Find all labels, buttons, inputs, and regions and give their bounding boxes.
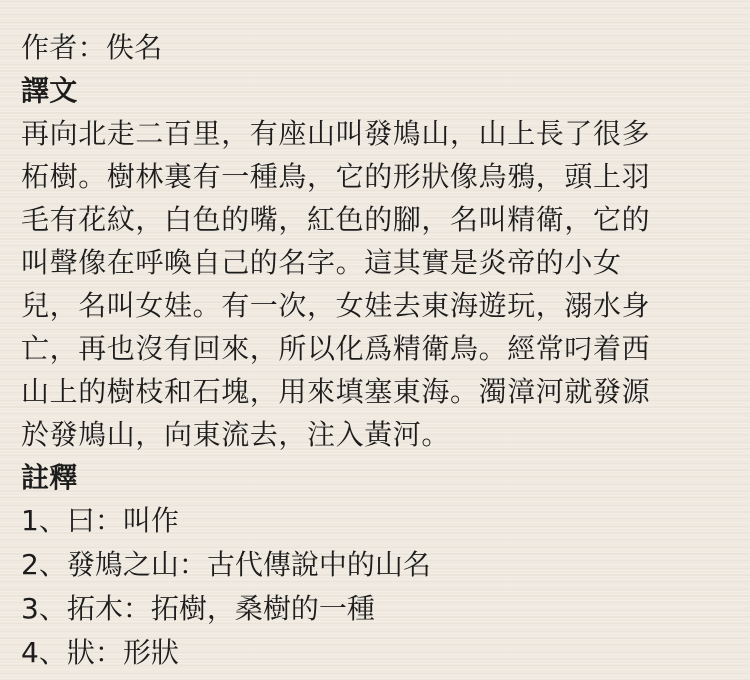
translation-line: 亡，再也沒有回來，所以化爲精衛鳥。經常叼着西: [21, 327, 733, 370]
note-item: 4、狀：形狀: [21, 631, 733, 675]
translation-line: 於發鳩山，向東流去，注入黃河。: [21, 413, 733, 456]
translation-heading: 譯文: [21, 69, 733, 112]
notes-list: 1、曰：叫作 2、發鳩之山：古代傳說中的山名 3、拓木：拓樹，桑樹的一種 4、狀…: [21, 499, 733, 675]
note-item: 2、發鳩之山：古代傳說中的山名: [21, 543, 733, 587]
translation-line: 叫聲像在呼喚自己的名字。這其實是炎帝的小女: [21, 241, 733, 284]
translation-body: 再向北走二百里，有座山叫發鳩山，山上長了很多 柘樹。樹林裏有一種鳥，它的形狀像烏…: [21, 112, 733, 456]
translation-line: 柘樹。樹林裏有一種鳥，它的形狀像烏鴉，頭上羽: [21, 155, 733, 198]
translation-line: 兒，名叫女娃。有一次，女娃去東海遊玩，溺水身: [21, 284, 733, 327]
translation-line: 山上的樹枝和石塊，用來填塞東海。濁漳河就發源: [21, 370, 733, 413]
translation-line: 再向北走二百里，有座山叫發鳩山，山上長了很多: [21, 112, 733, 155]
note-item: 1、曰：叫作: [21, 499, 733, 543]
note-item: 3、拓木：拓樹，桑樹的一種: [21, 587, 733, 631]
notes-heading: 註釋: [21, 456, 733, 499]
translation-line: 毛有花紋，白色的嘴，紅色的腳，名叫精衛，它的: [21, 198, 733, 241]
document-page: 作者：佚名 譯文 再向北走二百里，有座山叫發鳩山，山上長了很多 柘樹。樹林裏有一…: [21, 26, 733, 675]
author-line: 作者：佚名: [21, 26, 733, 69]
